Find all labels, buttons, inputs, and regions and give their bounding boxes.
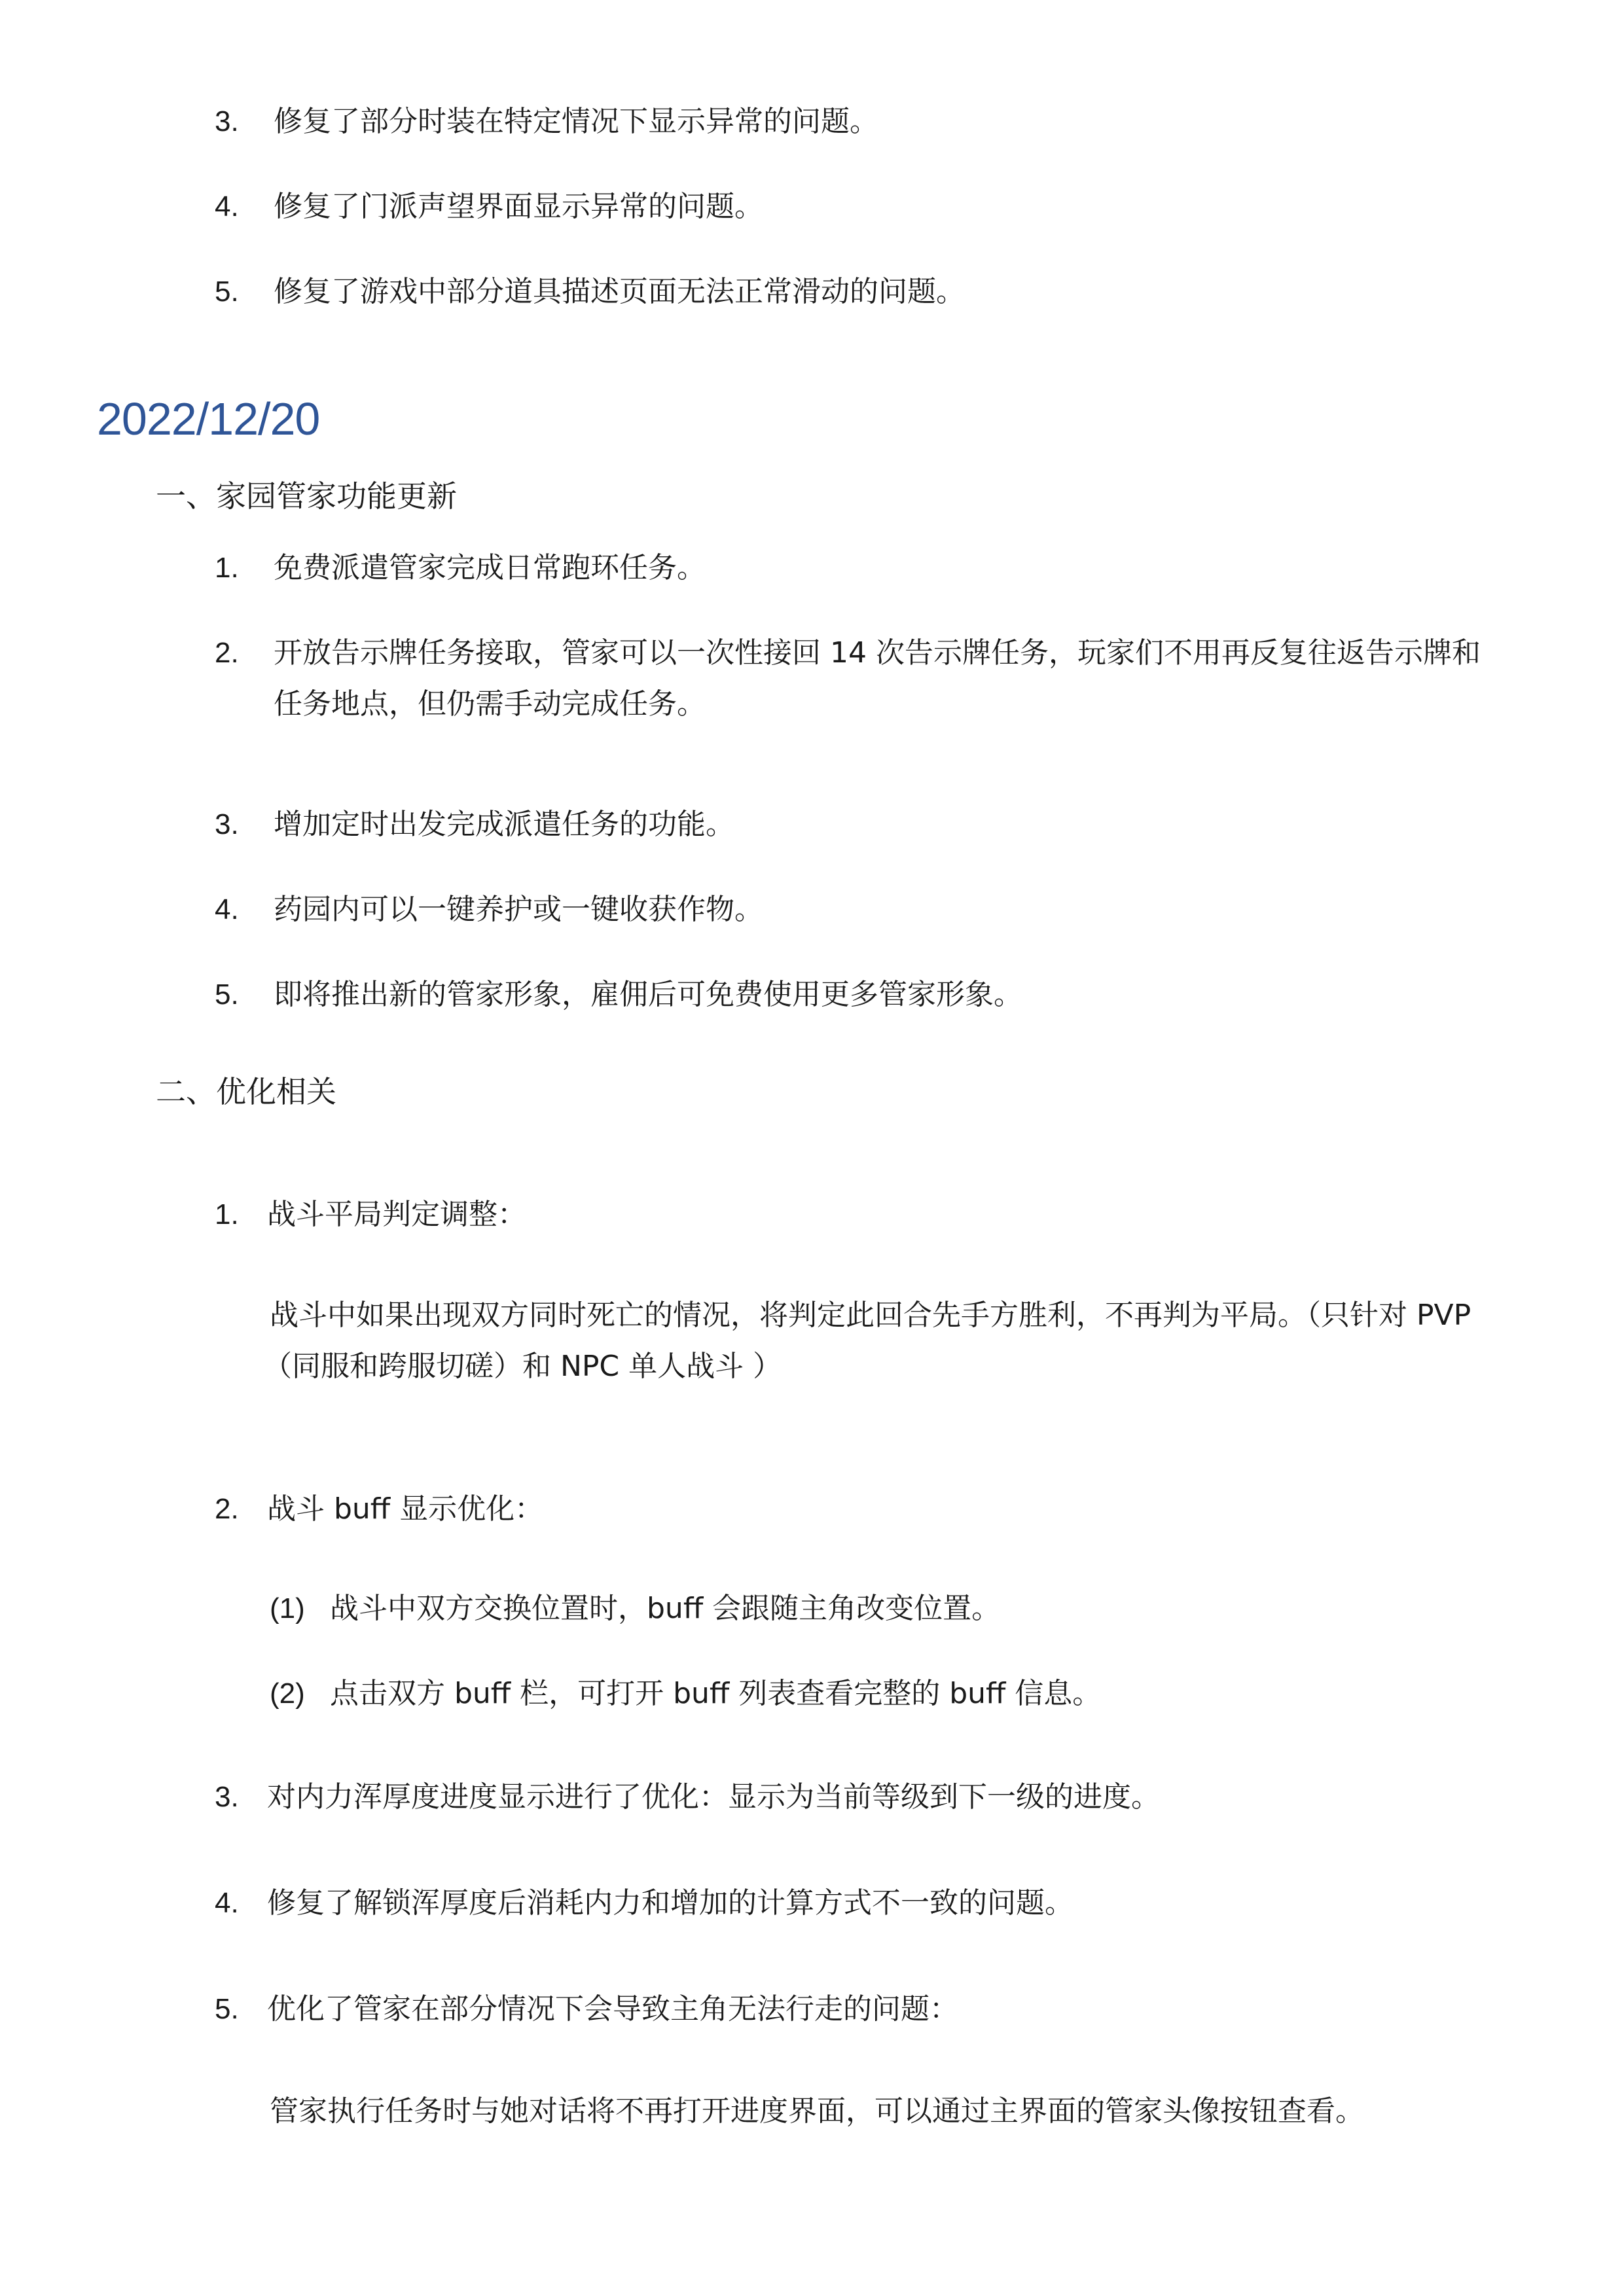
list-number: 4.: [215, 1884, 239, 1923]
list-text: 对内力浑厚度进度显示进行了优化：显示为当前等级到下一级的进度。: [267, 1778, 1160, 1817]
sub-list-text: 战斗中双方交换位置时，buff 会跟随主角改变位置。: [330, 1589, 1000, 1628]
list-text-continuation: 任务地点，但仍需手动完成任务。: [274, 685, 706, 724]
list-text: 开放告示牌任务接取，管家可以一次性接回 14 次告示牌任务，玩家们不用再反复往返…: [274, 634, 1481, 673]
list-number: 2.: [215, 1490, 239, 1529]
list-text: 免费派遣管家完成日常跑环任务。: [274, 548, 706, 588]
list-number: 4.: [215, 890, 239, 929]
list-number: 5.: [215, 1990, 239, 2029]
list-number: 1.: [215, 1195, 239, 1234]
list-text: 战斗平局判定调整：: [267, 1195, 526, 1234]
list-text: 增加定时出发完成派遣任务的功能。: [274, 805, 734, 844]
list-number: 4.: [215, 187, 239, 226]
date-heading: 2022/12/20: [97, 391, 319, 446]
section-title: 二、优化相关: [156, 1072, 336, 1111]
list-number: 5.: [215, 975, 239, 1014]
list-text: 修复了部分时装在特定情况下显示异常的问题。: [274, 102, 878, 141]
list-text: 修复了游戏中部分道具描述页面无法正常滑动的问题。: [274, 272, 965, 312]
list-text: 药园内可以一键养护或一键收获作物。: [274, 890, 763, 929]
list-detail: 管家执行任务时与她对话将不再打开进度界面，可以通过主界面的管家头像按钮查看。: [270, 2092, 1364, 2131]
list-number: 3.: [215, 102, 239, 141]
sub-list-text: 点击双方 buff 栏，可打开 buff 列表查看完整的 buff 信息。: [330, 1674, 1101, 1713]
list-number: 3.: [215, 805, 239, 844]
list-text: 即将推出新的管家形象，雇佣后可免费使用更多管家形象。: [274, 975, 1022, 1014]
list-number: 1.: [215, 548, 239, 588]
list-detail: （同服和跨服切磋）和 NPC 单人战斗 ）: [263, 1347, 782, 1386]
sub-list-number: (2): [270, 1674, 305, 1713]
list-detail: 战斗中如果出现双方同时死亡的情况，将判定此回合先手方胜利，不再判为平局。（只针对…: [270, 1296, 1471, 1335]
sub-list-number: (1): [270, 1589, 305, 1628]
list-text: 修复了门派声望界面显示异常的问题。: [274, 187, 763, 226]
list-number: 5.: [215, 272, 239, 312]
list-text: 优化了管家在部分情况下会导致主角无法行走的问题：: [267, 1990, 958, 2029]
list-text: 战斗 buff 显示优化：: [267, 1490, 543, 1529]
section-title: 一、家园管家功能更新: [156, 476, 457, 516]
list-text: 修复了解锁浑厚度后消耗内力和增加的计算方式不一致的问题。: [267, 1884, 1074, 1923]
list-number: 2.: [215, 634, 239, 673]
list-number: 3.: [215, 1778, 239, 1817]
